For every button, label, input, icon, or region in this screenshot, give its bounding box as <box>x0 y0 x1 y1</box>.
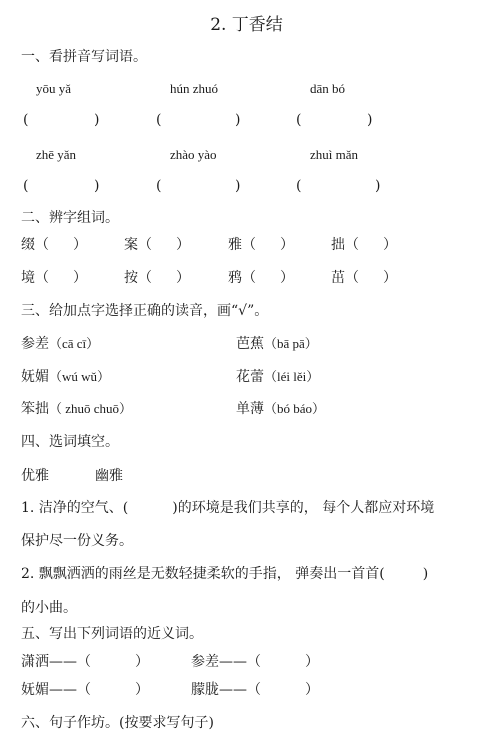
paren-open: （ <box>247 654 261 670</box>
paren-open: （ <box>77 654 91 670</box>
section-5-heading: 五、写出下列词语的近义词。 <box>21 623 203 643</box>
answer-blank-close: ) <box>94 178 99 194</box>
char: 缀 <box>21 237 35 253</box>
answer-blank-close: ) <box>235 178 240 194</box>
question-1-line-1: 1. 洁净的空气、()的环境是我们共享的， 每个人都应对环境 <box>21 497 434 517</box>
word: 妩媚—— <box>21 682 77 698</box>
pinyin-2: hún zhuó <box>170 81 218 97</box>
paren-open: （ <box>345 237 359 253</box>
pinyin-options[interactable]: （wú wǔ） <box>49 369 110 384</box>
pinyin-options[interactable]: （léi lěi） <box>264 369 319 384</box>
paren-open: （ <box>138 237 152 253</box>
question-text: 1. 洁净的空气、( <box>21 500 128 516</box>
paren-close: ） <box>135 654 149 670</box>
word: 芭蕉 <box>236 336 264 352</box>
paren-open: （ <box>77 682 91 698</box>
char-item: 拙（） <box>331 234 397 254</box>
answer-blank-close: ) <box>94 112 99 128</box>
word: 朦胧—— <box>191 682 247 698</box>
char: 按 <box>124 270 138 286</box>
pinyin-options[interactable]: （cā cī） <box>49 336 99 351</box>
answer-blank-close: ) <box>235 112 240 128</box>
paren-close: ） <box>280 237 294 253</box>
paren-close: ） <box>383 237 397 253</box>
pinyin-3: dān bó <box>310 81 345 97</box>
section-1-heading: 一、看拼音写词语。 <box>21 46 147 66</box>
paren-close: ） <box>135 682 149 698</box>
answer-blank-5[interactable] <box>165 176 230 196</box>
char-item: 雅（） <box>228 234 294 254</box>
char-item: 茁（） <box>331 267 397 287</box>
word: 花蕾 <box>236 369 264 385</box>
pinyin-options[interactable]: （ zhuō chuō） <box>49 401 132 416</box>
answer-blank-open: ( <box>296 178 301 194</box>
page-title: 2. 丁香结 <box>0 10 493 35</box>
answer-blank-3[interactable] <box>305 110 365 130</box>
char: 案 <box>124 237 138 253</box>
answer-blank-open: ( <box>156 112 161 128</box>
pinyin-4: zhē yǎn <box>36 147 76 163</box>
paren-open: （ <box>138 270 152 286</box>
paren-open: （ <box>35 270 49 286</box>
question-1-line-2: 保护尽一份义务。 <box>21 530 133 550</box>
pinyin-options[interactable]: （bó báo） <box>264 401 325 416</box>
pronunciation-item[interactable]: 笨拙（ zhuō chuō） <box>21 398 132 418</box>
paren-open: （ <box>247 682 261 698</box>
answer-blank-open: ( <box>296 112 301 128</box>
pinyin-options[interactable]: （bā pā） <box>264 336 318 351</box>
word: 妩媚 <box>21 369 49 385</box>
word-choice-1: 优雅 <box>21 465 49 485</box>
pronunciation-item[interactable]: 芭蕉（bā pā） <box>236 333 318 353</box>
char: 茁 <box>331 270 345 286</box>
paren-close: ） <box>73 237 87 253</box>
synonym-item: 参差——（） <box>191 651 319 671</box>
pronunciation-item[interactable]: 参差（cā cī） <box>21 333 99 353</box>
pronunciation-item[interactable]: 妩媚（wú wǔ） <box>21 366 110 386</box>
paren-close: ） <box>383 270 397 286</box>
paren-open: （ <box>242 270 256 286</box>
answer-blank-4[interactable] <box>32 176 92 196</box>
answer-blank-open: ( <box>23 112 28 128</box>
pinyin-1: yōu yǎ <box>36 81 71 97</box>
paren-open: （ <box>242 237 256 253</box>
char-item: 案（） <box>124 234 190 254</box>
question-text: 2. 飘飘洒洒的雨丝是无数轻捷柔软的手指， 弹奏出一首首( <box>21 566 385 582</box>
section-2-heading: 二、辨字组词。 <box>21 207 119 227</box>
answer-blank-close: ) <box>367 112 372 128</box>
pinyin-6: zhuì mǎn <box>310 147 358 163</box>
char-item: 境（） <box>21 267 87 287</box>
question-text: )的环境是我们共享的， 每个人都应对环境 <box>172 500 434 516</box>
section-3-heading: 三、给加点字选择正确的读音，画“√”。 <box>21 300 268 320</box>
word: 潇洒—— <box>21 654 77 670</box>
char: 境 <box>21 270 35 286</box>
paren-open: （ <box>35 237 49 253</box>
paren-close: ） <box>280 270 294 286</box>
word: 单薄 <box>236 401 264 417</box>
char-item: 按（） <box>124 267 190 287</box>
char: 雅 <box>228 237 242 253</box>
question-2-line-1: 2. 飘飘洒洒的雨丝是无数轻捷柔软的手指， 弹奏出一首首() <box>21 563 428 583</box>
word: 笨拙 <box>21 401 49 417</box>
paren-close: ） <box>176 270 190 286</box>
pronunciation-item[interactable]: 花蕾（léi lěi） <box>236 366 319 386</box>
answer-blank-1[interactable] <box>32 110 92 130</box>
answer-blank-open: ( <box>156 178 161 194</box>
char: 拙 <box>331 237 345 253</box>
paren-close: ） <box>176 237 190 253</box>
word: 参差—— <box>191 654 247 670</box>
section-4-heading: 四、选词填空。 <box>21 431 119 451</box>
paren-close: ） <box>73 270 87 286</box>
answer-blank-2[interactable] <box>165 110 230 130</box>
paren-close: ） <box>305 682 319 698</box>
word: 参差 <box>21 336 49 352</box>
char-item: 鸦（） <box>228 267 294 287</box>
synonym-item: 潇洒——（） <box>21 651 149 671</box>
answer-blank-close: ) <box>375 178 380 194</box>
pinyin-5: zhào yào <box>170 147 217 163</box>
answer-blank-6[interactable] <box>305 176 370 196</box>
question-2-line-2: 的小曲。 <box>21 597 77 617</box>
char-item: 缀（） <box>21 234 87 254</box>
answer-blank-open: ( <box>23 178 28 194</box>
question-text: ) <box>423 566 428 582</box>
synonym-item: 妩媚——（） <box>21 679 149 699</box>
paren-open: （ <box>345 270 359 286</box>
section-6-heading: 六、句子作坊。(按要求写句子) <box>21 712 214 732</box>
word-choice-2: 幽雅 <box>95 465 123 485</box>
pronunciation-item[interactable]: 单薄（bó báo） <box>236 398 325 418</box>
paren-close: ） <box>305 654 319 670</box>
char: 鸦 <box>228 270 242 286</box>
synonym-item: 朦胧——（） <box>191 679 319 699</box>
